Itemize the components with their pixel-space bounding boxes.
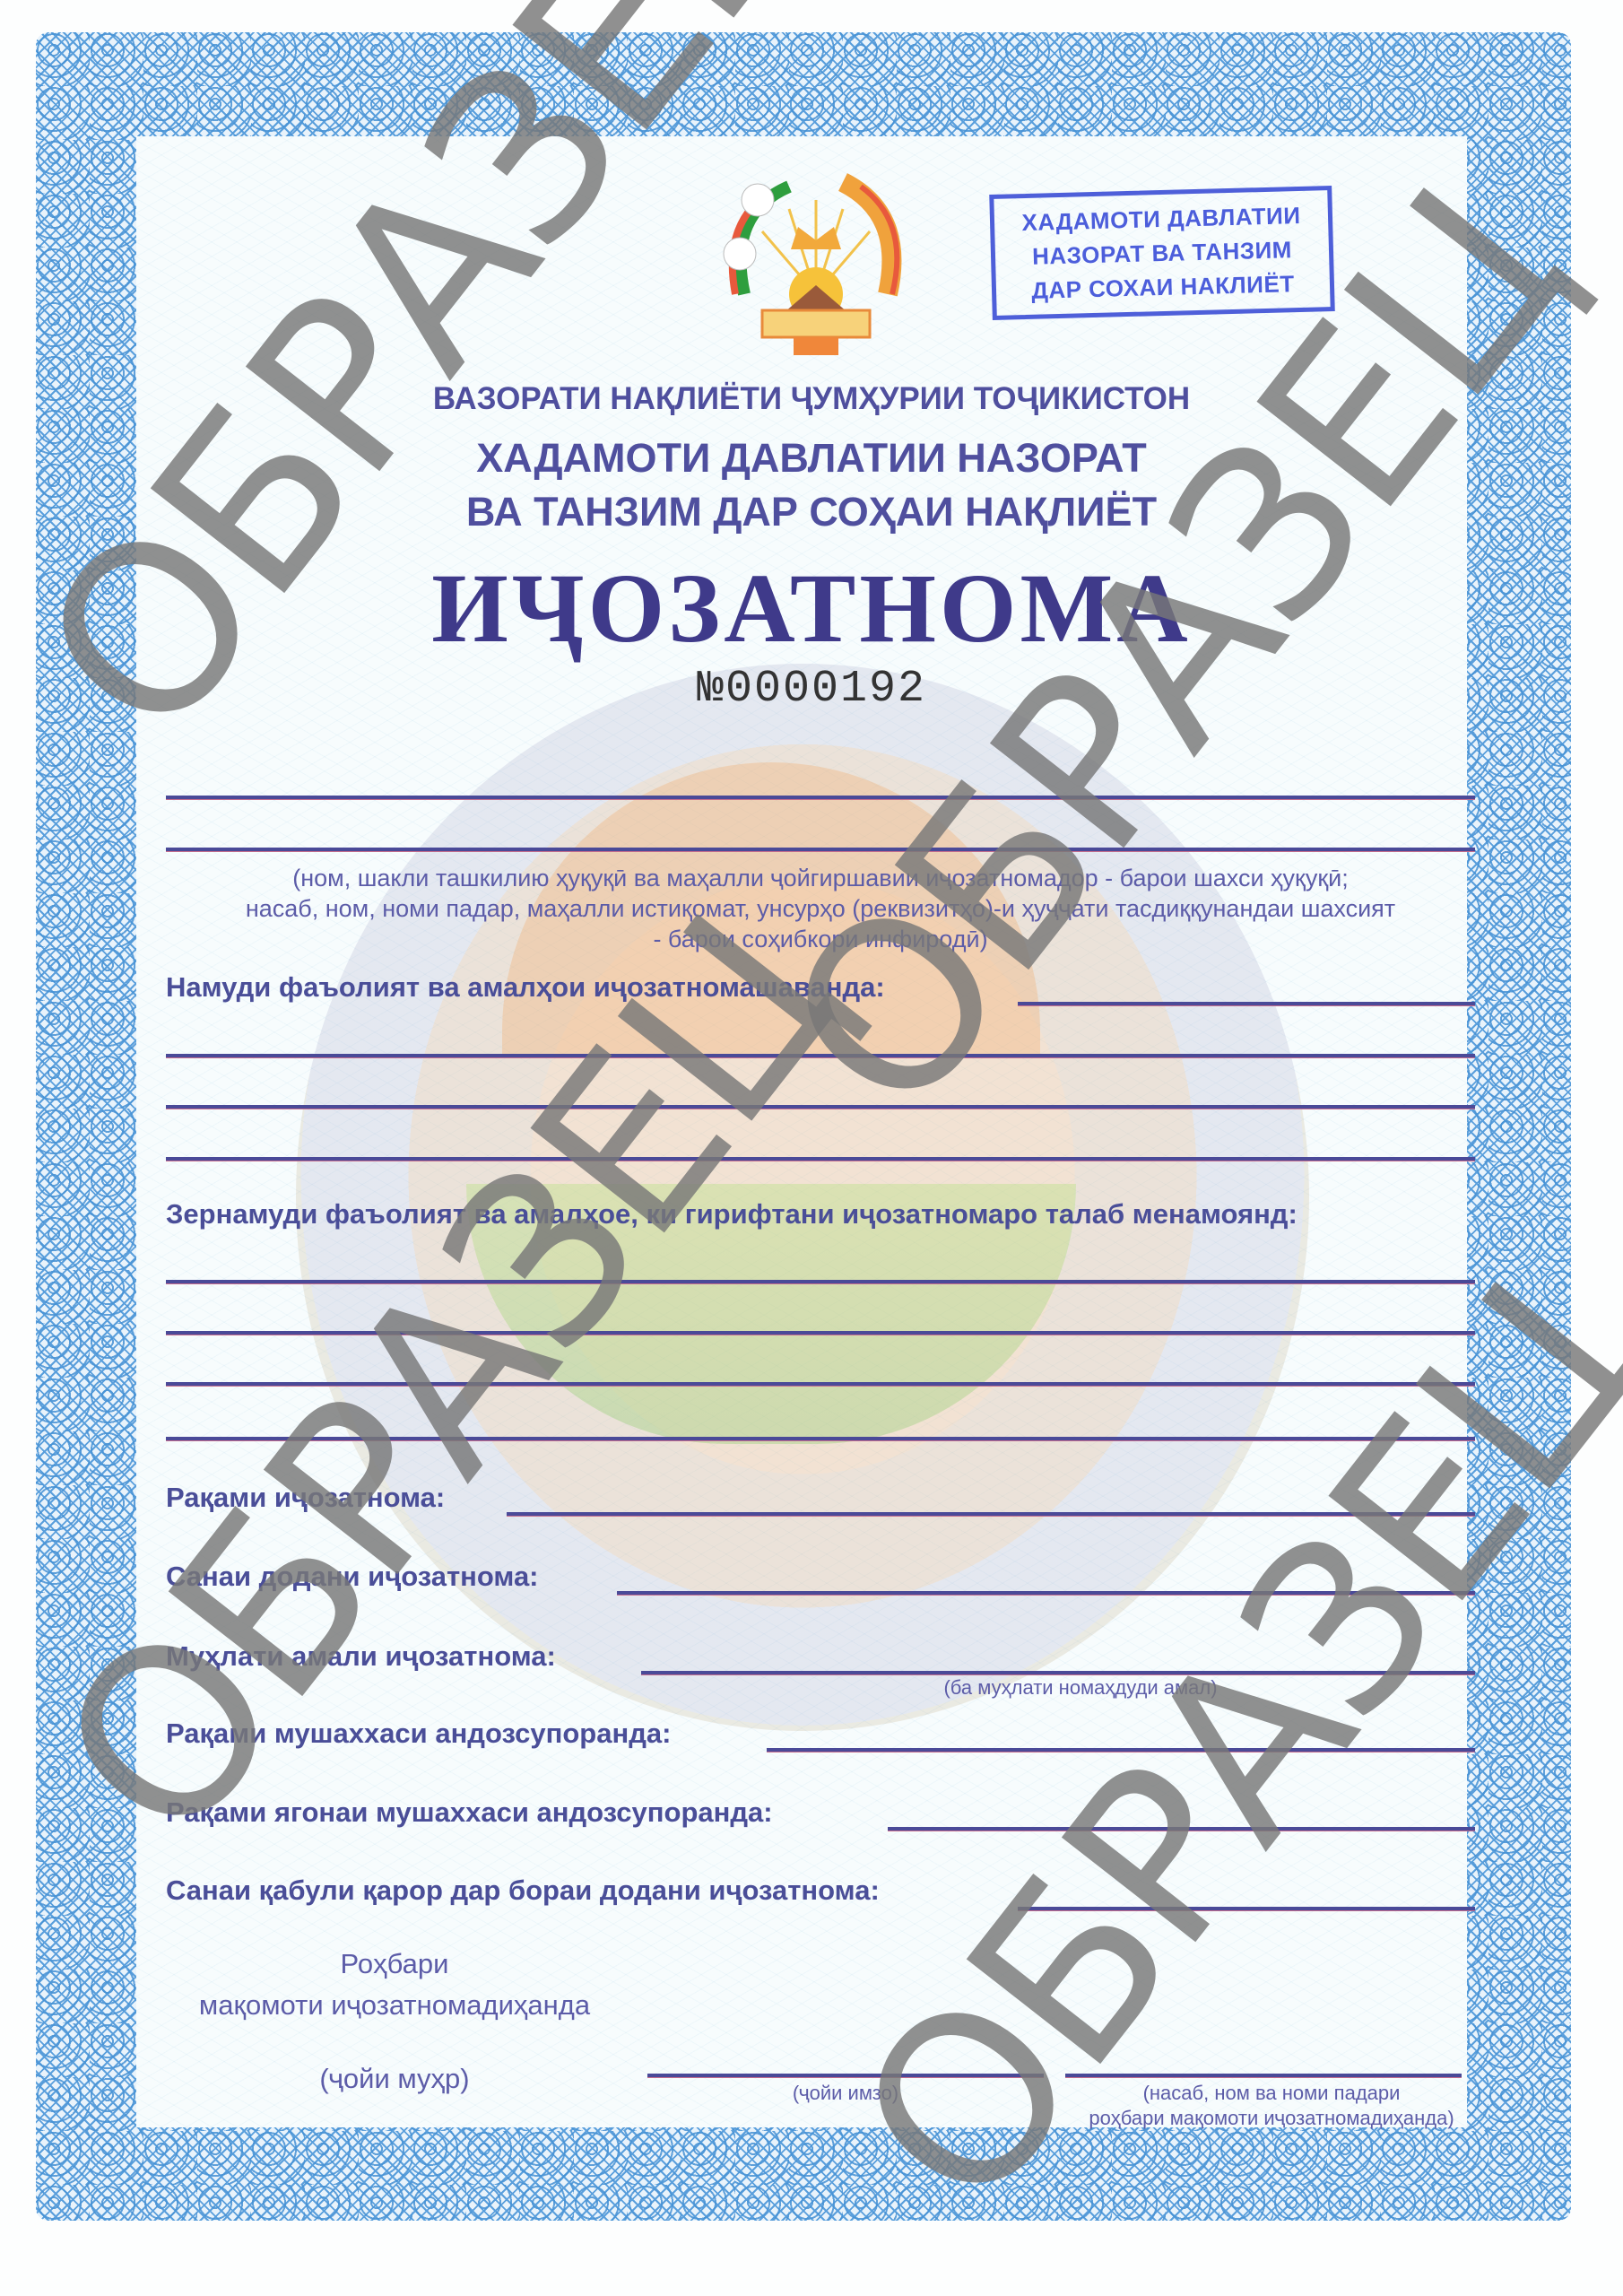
document-number: №0000192	[0, 664, 1623, 715]
decision-date-label: Санаи қабули қарор дар бораи додани иҷоз…	[166, 1874, 880, 1907]
head-name-line[interactable]	[1065, 2074, 1462, 2078]
activity-subtype-line-3[interactable]	[166, 1382, 1475, 1387]
head-name-caption-line: (насаб, ном ва номи падари	[1065, 2081, 1478, 2106]
activity-subtype-label: Зернамуди фаъолият ва амалҳое, ки гирифт…	[166, 1198, 1298, 1231]
activity-type-label: Намуди фаъолият ва амалҳои иҷозатномашав…	[166, 971, 885, 1004]
head-title-line1: Роҳбари	[161, 1948, 628, 1980]
license-number-line[interactable]	[507, 1512, 1475, 1517]
license-number-label: Рақами иҷозатнома:	[166, 1482, 445, 1514]
signature-place-caption: (ҷойи имзо)	[647, 2081, 1044, 2106]
unified-taxpayer-id-label: Рақами ягонаи мушаххаси андозсупоранда:	[166, 1796, 773, 1829]
holder-note-line: (ном, шакли ташкилию ҳуқуқӣ ва маҳалли ҷ…	[161, 863, 1480, 893]
signature-line[interactable]	[647, 2074, 1044, 2078]
head-name-caption: (насаб, ном ва номи падари роҳбари мақом…	[1065, 2081, 1478, 2131]
activity-subtype-line-2[interactable]	[166, 1331, 1475, 1335]
holder-note-line: насаб, ном, номи падар, маҳалли истиқома…	[161, 893, 1480, 924]
taxpayer-id-line[interactable]	[767, 1748, 1475, 1752]
service-name-line2: ВА ТАНЗИМ ДАР СОҲАИ НАҚЛИЁТ	[0, 489, 1623, 535]
validity-label: Муҳлати амали иҷозатнома:	[166, 1640, 556, 1673]
activity-type-line-1[interactable]	[1018, 1002, 1475, 1006]
ministry-name: ВАЗОРАТИ НАҚЛИЁТИ ҶУМҲУРИИ ТОҶИКИСТОН	[0, 381, 1623, 417]
issue-date-label: Санаи додани иҷозатнома:	[166, 1561, 539, 1593]
activity-type-line-2[interactable]	[166, 1054, 1475, 1058]
head-title-line2: мақомоти иҷозатномадиҳанда	[161, 1989, 628, 2022]
validity-note: (ба муҳлати номаҳдуди амал)	[906, 1675, 1255, 1700]
holder-line-2[interactable]	[166, 848, 1475, 852]
activity-type-line-4[interactable]	[166, 1157, 1475, 1161]
activity-subtype-line-4[interactable]	[166, 1437, 1475, 1441]
service-stamp: ХАДАМОТИ ДАВЛАТИИ НАЗОРАТ ВА ТАНЗИМ ДАР …	[989, 186, 1335, 320]
document-title: ИҶОЗАТНОМА	[0, 552, 1623, 665]
taxpayer-id-label: Рақами мушаххаси андозсупоранда:	[166, 1718, 671, 1750]
holder-note-line: - барои соҳибкори инфиродӣ)	[161, 924, 1480, 954]
service-name-line1: ХАДАМОТИ ДАВЛАТИИ НАЗОРАТ	[0, 435, 1623, 482]
coat-of-arms-icon	[708, 160, 924, 366]
issue-date-line[interactable]	[617, 1591, 1475, 1596]
holder-line-1[interactable]	[166, 796, 1475, 800]
activity-type-line-3[interactable]	[166, 1105, 1475, 1109]
activity-subtype-line-1[interactable]	[166, 1280, 1475, 1284]
unified-taxpayer-id-line[interactable]	[888, 1827, 1475, 1831]
decision-date-line[interactable]	[1018, 1907, 1475, 1911]
seal-place-caption: (ҷойи муҳр)	[161, 2063, 628, 2095]
holder-note: (ном, шакли ташкилию ҳуқуқӣ ва маҳалли ҷ…	[161, 863, 1480, 954]
head-name-caption-line: роҳбари мақомоти иҷозатномадиҳанда)	[1065, 2106, 1478, 2131]
